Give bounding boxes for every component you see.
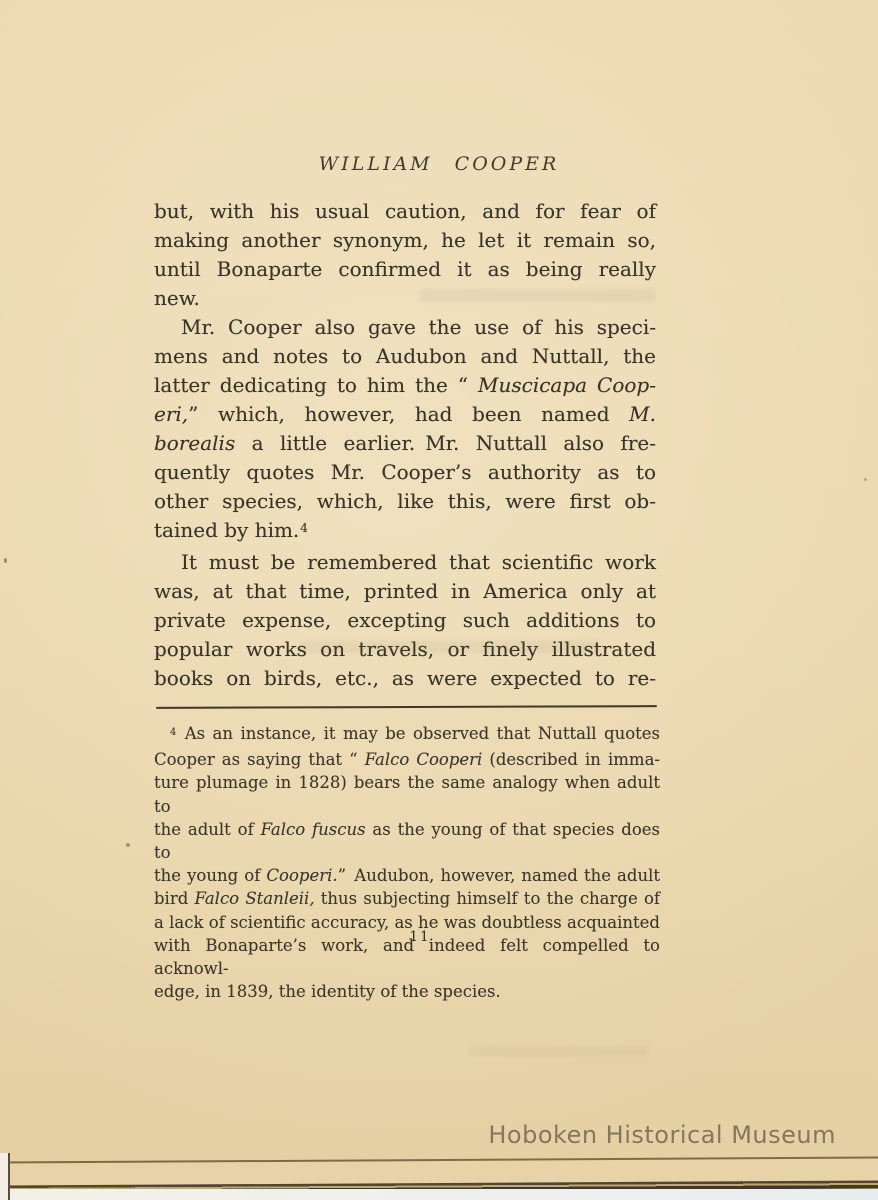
page-number: 11 [170,929,670,945]
text-line: ture plumage in 1828) bears the same ana… [154,771,660,817]
text-line: edge, in 1839, the identity of the speci… [154,980,660,1003]
text-line: tained by him.4 [154,516,656,548]
ink-showthrough [420,289,655,302]
text-line: quently quotes Mr. Cooper’s authority as… [154,458,656,487]
text-line: 4 As an instance, it may be observed tha… [154,722,660,748]
text-line: until Bonaparte confirmed it as being re… [154,255,656,284]
footnote-separator-rule [156,705,657,709]
book-page-photo: WILLIAM COOPER but, with his usual cauti… [0,0,878,1200]
text-line: private expense, excepting such addition… [154,606,656,635]
paper-speck [4,558,7,563]
text-line: mens and notes to Audubon and Nuttall, t… [154,342,656,371]
text-line: latter dedicating to him the “ Muscicapa… [154,371,656,400]
text-line: It must be remembered that scientific wo… [154,548,656,577]
text-line: Mr. Cooper also gave the use of his spec… [154,313,656,342]
running-head: WILLIAM COOPER [0,153,878,175]
body-text: but, with his usual caution, and for fea… [154,197,656,693]
body-paragraph: Mr. Cooper also gave the use of his spec… [154,313,656,548]
text-line: making another synonym, he let it remain… [154,226,656,255]
text-line: bird Falco Stanleii, thus subjecting him… [154,887,660,910]
text-line: books on birds, etc., as were expected t… [154,664,656,693]
text-line: other species, which, like this, were fi… [154,487,656,516]
text-line: eri,” which, however, had been named M. [154,400,656,429]
text-line: but, with his usual caution, and for fea… [154,197,656,226]
ink-showthrough [300,641,600,653]
table-surface [0,1189,878,1200]
watermark: Hoboken Historical Museum [488,1121,836,1149]
text-line: borealis a little earlier. Mr. Nuttall a… [154,429,656,458]
page-corner-gap [0,1153,10,1200]
text-line: was, at that time, printed in America on… [154,577,656,606]
footnote: 4 As an instance, it may be observed tha… [154,722,660,1003]
text-line: the young of Cooperi.” Audubon, however,… [154,864,660,887]
text-line: the adult of Falco fuscus as the young o… [154,818,660,864]
paper-speck [126,843,130,847]
paper-speck [864,478,867,481]
text-line: Cooper as saying that “ Falco Cooperi (d… [154,748,660,771]
body-paragraph: It must be remembered that scientific wo… [154,548,656,693]
ink-showthrough [470,1046,650,1056]
